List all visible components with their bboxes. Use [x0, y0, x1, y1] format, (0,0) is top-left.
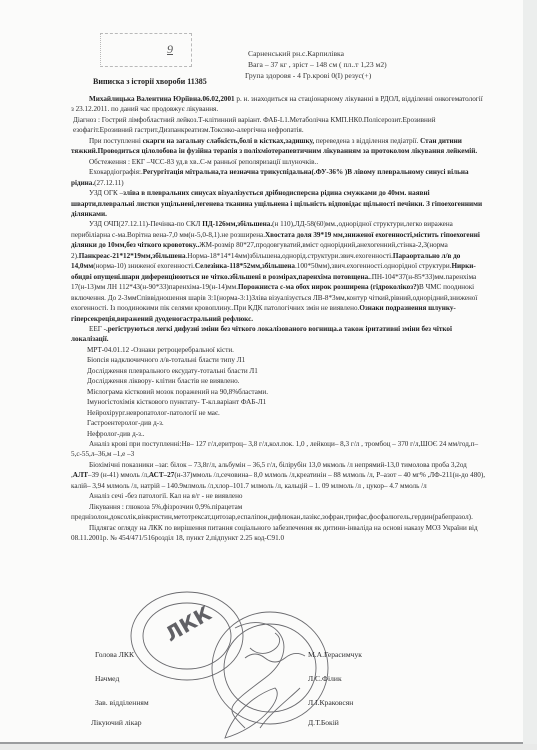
pancreas-size: Панкреас-21*12*19мм,збільшена	[79, 252, 186, 260]
patient-paragraph: Михайлицька Валентина Юріївна.06.02,2001…	[71, 94, 486, 115]
echo-paragraph: Ехокардіографія:.Регургітація мітральна,…	[71, 167, 486, 188]
document-body: Михайлицька Валентина Юріївна.06.02,2001…	[71, 94, 486, 543]
ecg-paragraph: Обстеження : ЕКГ –ЧСС-83 уд.в хв..С-м ра…	[71, 157, 486, 167]
spleen-size: Селезінка-118*52мм,збільшена	[195, 262, 295, 270]
eeg-label: ЕЕГ -	[89, 325, 106, 333]
transfer-note: переведена з відділення педіатрії.	[314, 137, 420, 145]
ast-label: АСТ–27	[149, 471, 174, 479]
archive-number-box: 9	[100, 33, 192, 67]
nephrologist-line: Нефролог-див д-з..	[71, 429, 486, 439]
signature-role: Начмед	[95, 674, 119, 683]
collecting-system: Порожниста с-ма обох нирок розширена (гі…	[238, 283, 419, 291]
header-weight-height: Вага – 37 кг , зріст – 148 см ( пл..т 1,…	[248, 59, 387, 70]
conclusion-paragraph: Підлягає огляду на ЛКК по вирішення пита…	[71, 523, 486, 544]
complaints: скарги на загальну слабкість,болі в кіст…	[143, 137, 314, 145]
signature-name: Л.І.Краковсян	[308, 698, 353, 707]
spleen-details: .100*50мм),звич.ехогенності.однорідної с…	[295, 262, 452, 270]
abdominal-ultrasound-paragraph: УЗД ОЧП(27.12.11)-Печінка-по СКЛ ПД-126м…	[71, 219, 486, 324]
gastroenterologist-line: Гастроентеролог-див д-з.	[71, 418, 486, 428]
liver-size: ПД-126мм,збільшена.	[202, 220, 272, 228]
paraaortic-details: (норма-10) зниженої ехогенності.	[93, 262, 195, 270]
alt-label: АЛТ	[73, 471, 88, 479]
biopsy-line: Біопсія надключичного л/в-тотальні бласт…	[71, 355, 486, 365]
header-group-blood: Група здоровя - 4 Гр.крові 0(І) резус(+)	[245, 70, 387, 81]
alt-value: –39 (н-41) ммоль /л,	[88, 471, 149, 479]
diagnosis-paragraph: Діагноз : Гострий лімфобластний лейкоз.Т…	[71, 115, 486, 136]
echo-label: Ехокардіографія:.	[89, 168, 143, 176]
eeg-paragraph: ЕЕГ -.регіструються легкі дифузні зміни …	[71, 324, 486, 345]
ogk-findings: зліва в плевральних синусах візуалізуєть…	[71, 189, 482, 218]
ogk-label: УЗД ОГК –	[89, 189, 123, 197]
admission-lead: При поступленні	[89, 137, 143, 145]
immunohistochemistry-line: Імуногістохімія кісткового пунктату- Т-к…	[71, 397, 486, 407]
svg-text:ЛКК: ЛКК	[161, 601, 216, 647]
mrt-line: МРТ-04.01.12 -Ознаки ретроцеребральної к…	[71, 345, 486, 355]
document-title: Виписка з історії хвороби 11385	[93, 77, 207, 86]
neurosurgeon-line: Нейрохірург.невропатолог-патології не ма…	[71, 408, 486, 418]
scanned-document-page: 9 Сарненський рн.с.Карпилівка Вага – 37 …	[0, 0, 524, 744]
ogk-paragraph: УЗД ОГК –зліва в плевральних синусах віз…	[71, 188, 486, 219]
myelogram-line: Мієлограма кістковий мозок поражений на …	[71, 387, 486, 397]
signature-role: Лікуючий лікар	[91, 718, 142, 727]
scan-edge-bottom	[0, 744, 537, 750]
us-label: УЗД ОЧП(27.12.11)-Печінка-по СКЛ	[89, 220, 202, 228]
scan-edge-right	[523, 0, 537, 750]
biochemistry-paragraph: Біохімічні показники –заг. білок – 73,8г…	[71, 460, 486, 491]
liquor-line: Дослідження ліквору- клітин бластів не в…	[71, 376, 486, 386]
signature-name: Д.Т.Бокій	[308, 718, 339, 727]
treatment-paragraph: Лікування : глюкоза 5%,фізрозчин 0,9%.пі…	[71, 502, 486, 523]
urine-test-paragraph: Аналіз сечі -без патології. Кал на я/г -…	[71, 491, 486, 501]
signature-block: Голова ЛКК М.А.Герасимчук Начмед Л.С.Філ…	[0, 648, 537, 738]
echo-date: (27.12.11)	[94, 179, 123, 187]
signature-role: Голова ЛКК	[95, 650, 134, 659]
pancreas-details: .Норма-18*14*14мм)збільшена,однорід.стру…	[186, 252, 393, 260]
signature-name: Л.С.Філик	[308, 674, 342, 683]
patient-header-info: Сарненський рн.с.Карпилівка Вага – 37 кг…	[248, 48, 387, 81]
pleural-line: Дослідження плеврального ексудату-тоталь…	[71, 366, 486, 376]
archive-number: 9	[167, 42, 173, 57]
eeg-findings: .регіструються легкі дифузні зміни без ч…	[71, 325, 452, 343]
signature-role: Зав. відділенням	[95, 698, 149, 707]
header-address: Сарненський рн.с.Карпилівка	[248, 48, 387, 59]
admission-paragraph: При поступленні скарги на загальну слабк…	[71, 136, 486, 157]
patient-name-dob: Михайлицька Валентина Юріївна.06.02,2001	[89, 95, 235, 103]
signature-name: М.А.Герасимчук	[308, 650, 362, 659]
blood-test-paragraph: Аналіз крові при поступленні:Нв– 127 г/л…	[71, 439, 486, 460]
